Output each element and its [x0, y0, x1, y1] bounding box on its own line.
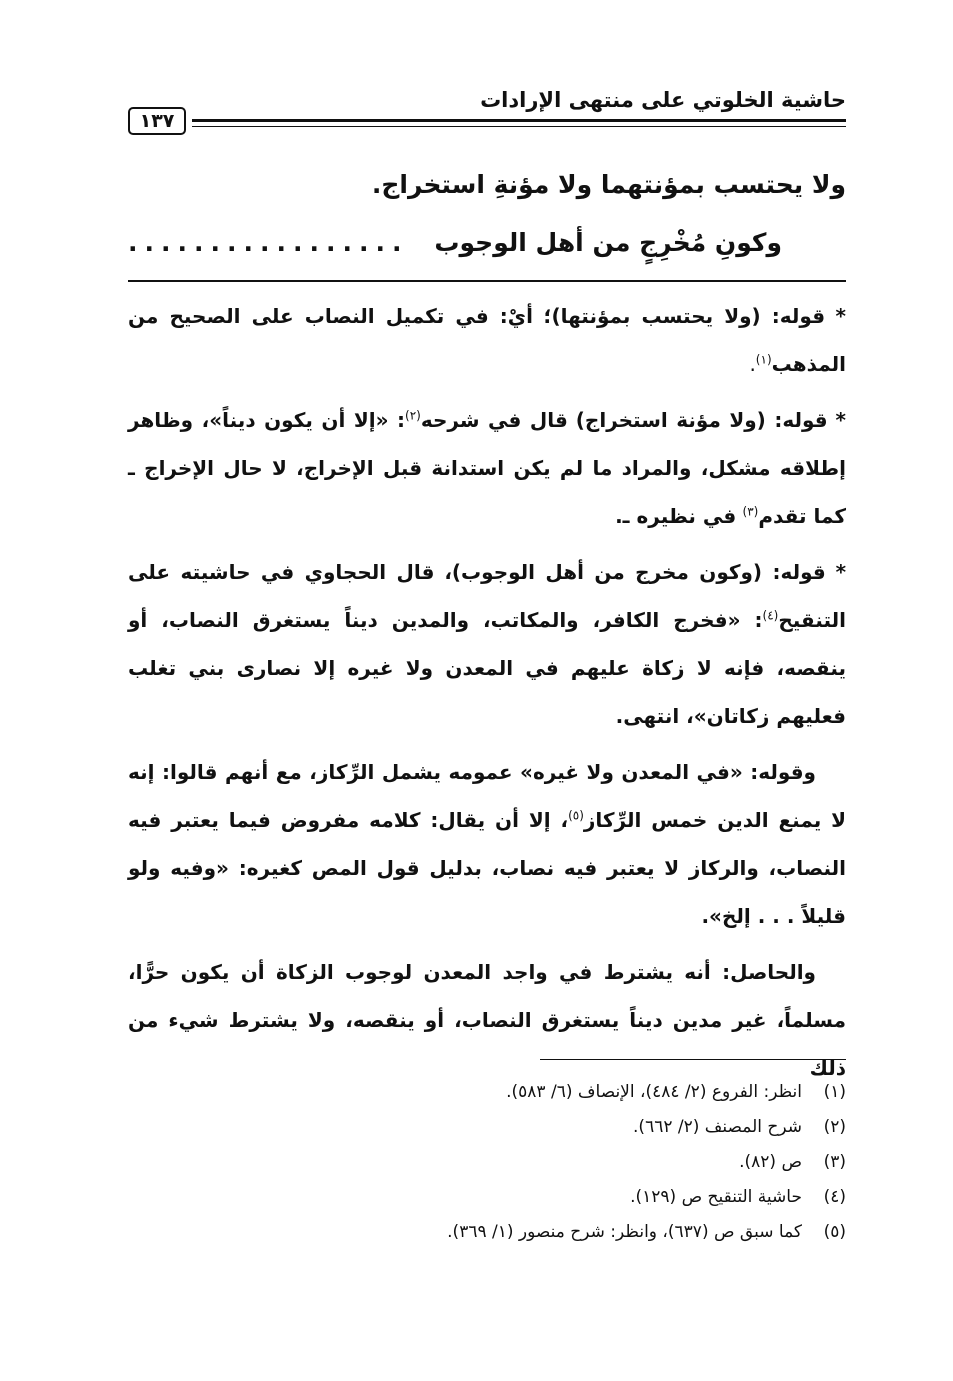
footnote-number: (١) [802, 1075, 846, 1110]
page-header: حاشية الخلوتي على منتهى الإرادات ١٣٧ [128, 82, 846, 134]
paragraph-text: : «فخرج الكافر، والمكاتب، والمدين ديناً … [128, 608, 846, 728]
running-title: حاشية الخلوتي على منتهى الإرادات [480, 88, 846, 112]
commentary-paragraph-2: * قوله: (ولا مؤنة استخراج) قال في شرحه(٢… [128, 396, 846, 540]
commentary-paragraph-4: وقوله: «في المعدن ولا غيره» عمومه يشمل ا… [128, 748, 846, 940]
footnote-ref-4[interactable]: (٤) [763, 608, 779, 622]
matn-dotted-leader: ................. [128, 214, 434, 272]
commentary-paragraph-1: * قوله: (ولا يحتسب بمؤنتها)؛ أيْ: في تكم… [128, 292, 846, 388]
footnote-ref-2[interactable]: (٢) [405, 408, 421, 422]
footnote-4: (٤) حاشية التنقيح ص (١٢٩). [128, 1180, 846, 1215]
paragraph-text: والحاصل: أنه يشترط في واجد المعدن لوجوب … [128, 960, 846, 1080]
asterisk-marker: * [836, 408, 846, 432]
footnote-text: ص (٨٢). [739, 1145, 802, 1180]
footnote-number: (٤) [802, 1180, 846, 1215]
commentary-paragraph-3: * قوله: (وكون مخرج من أهل الوجوب)، قال ا… [128, 548, 846, 740]
footnote-ref-5[interactable]: (٥) [568, 808, 584, 822]
footnote-number: (٣) [802, 1145, 846, 1180]
header-double-rule [192, 119, 846, 127]
paragraph-text: قال في شرحه [421, 408, 568, 432]
matn-line-1: ولا يحتسب بمؤنتهما ولا مؤنةِ استخراج. [128, 156, 846, 214]
matn-line-2: وكونِ مُخْرِجٍ من أهل الوجوب ...........… [128, 214, 846, 272]
commentary-paragraph-5: والحاصل: أنه يشترط في واجد المعدن لوجوب … [128, 948, 846, 1092]
book-page: حاشية الخلوتي على منتهى الإرادات ١٣٧ ولا… [128, 82, 846, 1100]
footnote-ref-3[interactable]: (٣) [743, 504, 759, 518]
footnote-number: (٥) [802, 1215, 846, 1250]
quoted-lemma: قوله: (وكون مخرج من أهل الوجوب)، [444, 560, 825, 584]
footnote-3: (٣) ص (٨٢). [128, 1145, 846, 1180]
footnote-number: (٢) [802, 1110, 846, 1145]
paragraph-text: في نظيره ـ. [615, 504, 736, 528]
asterisk-marker: * [836, 304, 846, 328]
footnote-text: انظر: الفروع (٢/ ٤٨٤)، الإنصاف (٦/ ٥٨٣). [506, 1075, 802, 1110]
page-number-box: ١٣٧ [128, 107, 186, 135]
matn-line-2-text: وكونِ مُخْرِجٍ من أهل الوجوب [434, 214, 782, 272]
asterisk-marker: * [836, 560, 846, 584]
footnote-5: (٥) كما سبق ص (٦٣٧)، وانظر: شرح منصور (١… [128, 1215, 846, 1250]
commentary: * قوله: (ولا يحتسب بمؤنتها)؛ أيْ: في تكم… [128, 292, 846, 1092]
footnote-ref-1[interactable]: (١) [756, 352, 772, 366]
footnote-2: (٢) شرح المصنف (٢/ ٦٦٢). [128, 1110, 846, 1145]
footnote-text: حاشية التنقيح ص (١٢٩). [630, 1180, 802, 1215]
footnote-text: كما سبق ص (٦٣٧)، وانظر: شرح منصور (١/ ٣٦… [447, 1215, 802, 1250]
footnote-1: (١) انظر: الفروع (٢/ ٤٨٤)، الإنصاف (٦/ ٥… [128, 1075, 846, 1110]
footnote-separator [540, 1059, 846, 1060]
matn-text: ولا يحتسب بمؤنتهما ولا مؤنةِ استخراج. وك… [128, 156, 846, 282]
matn-separator-rule [128, 280, 846, 282]
footnotes: (١) انظر: الفروع (٢/ ٤٨٤)، الإنصاف (٦/ ٥… [128, 1075, 846, 1250]
footnote-text: شرح المصنف (٢/ ٦٦٢). [633, 1110, 802, 1145]
quoted-lemma: قوله: (ولا مؤنة استخراج) [576, 408, 828, 432]
quoted-lemma: قوله: (ولا يحتسب بمؤنتها)؛ [543, 304, 825, 328]
